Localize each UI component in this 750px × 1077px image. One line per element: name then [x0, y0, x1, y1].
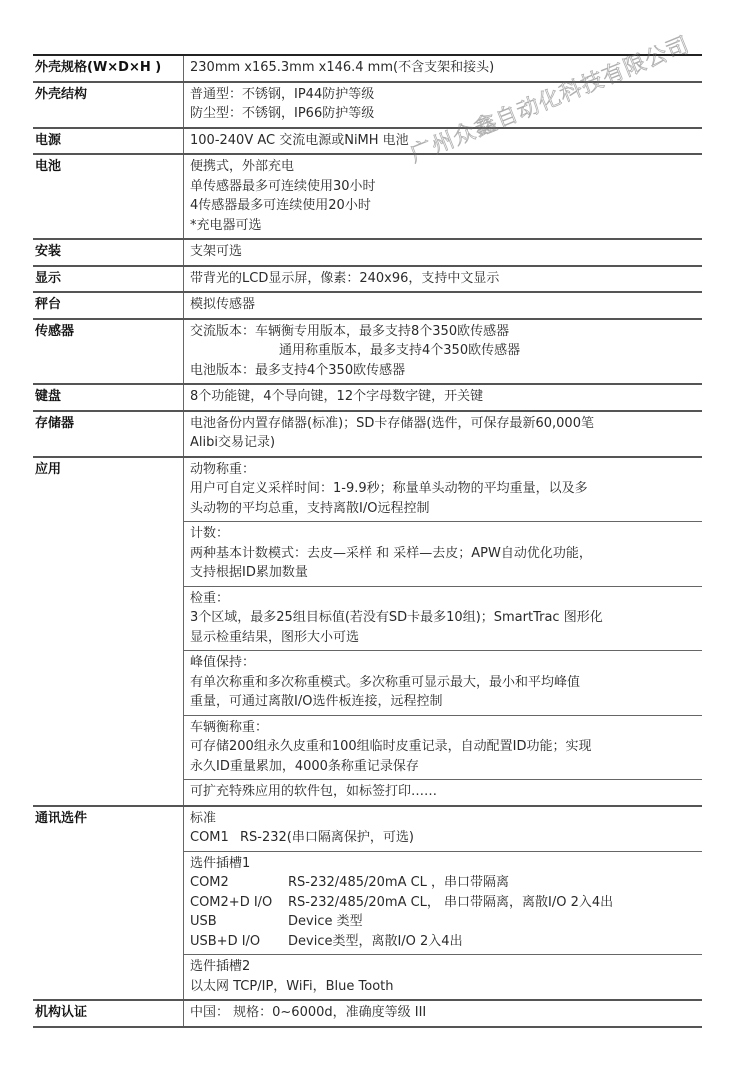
- text-line: 3个区域，最多25组目标值(若没有SD卡最多10组)；SmartTrac 图形化: [190, 608, 696, 628]
- port-name: USB+D I/O: [190, 932, 288, 952]
- text-line: 头动物的平均总重，支持离散I/O远程控制: [190, 499, 696, 519]
- text-line: 普通型：不锈钢，IP44防护等级: [190, 85, 696, 105]
- text-line: *充电器可选: [190, 216, 696, 236]
- comm-port-row: USB Device 类型: [190, 912, 696, 932]
- value-housing-size: 230mm x165.3mm x146.4 mm(不含支架和接头): [184, 55, 703, 82]
- row-storage: 存储器 电池备份内置存储器(标准)；SD卡存储器(选件，可保存最新60,000笔…: [33, 411, 702, 457]
- row-mounting: 安装 支架可选: [33, 239, 702, 266]
- comm-slot2: 选件插槽2 以太网 TCP/IP，WiFi，Blue Tooth: [184, 955, 703, 1001]
- comm-title: 标准: [190, 809, 696, 829]
- port-name: USB: [190, 912, 288, 932]
- text-line: 交流版本：车辆衡专用版本，最多支持8个350欧传感器: [190, 322, 696, 342]
- comm-title: 选件插槽1: [190, 854, 696, 874]
- comm-standard: 标准 COM1 RS-232(串口隔离保护，可选): [184, 806, 703, 852]
- port-desc: Device类型，离散I/O 2入4出: [288, 932, 463, 952]
- row-display: 显示 带背光的LCD显示屏，像素：240x96，支持中文显示: [33, 266, 702, 293]
- port-desc: RS-232/485/20mA CL， 串口带隔离，离散I/O 2入4出: [288, 893, 613, 913]
- port-name: COM2+D I/O: [190, 893, 288, 913]
- app-checkweighing: 检重： 3个区域，最多25组目标值(若没有SD卡最多10组)；SmartTrac…: [184, 586, 703, 651]
- comm-port-row: COM2 RS-232/485/20mA CL ，串口带隔离: [190, 873, 696, 893]
- value-sensor: 交流版本：车辆衡专用版本，最多支持8个350欧传感器 通用称重版本，最多支持4个…: [184, 319, 703, 385]
- comm-port-row: USB+D I/O Device类型，离散I/O 2入4出: [190, 932, 696, 952]
- label-sensor: 传感器: [33, 319, 184, 385]
- app-software-extension: 可扩充特殊应用的软件包，如标签打印……: [184, 780, 703, 806]
- app-title: 可扩充特殊应用的软件包，如标签打印……: [190, 782, 696, 802]
- row-housing-structure: 外壳结构 普通型：不锈钢，IP44防护等级 防尘型：不锈钢，IP66防护等级: [33, 82, 702, 128]
- text-line: 支持根据ID累加数量: [190, 563, 696, 583]
- text-line: Alibi交易记录): [190, 433, 696, 453]
- text-line: 重量，可通过离散I/O选件板连接，远程控制: [190, 692, 696, 712]
- spec-sheet: 外壳规格(W×D×H ) 230mm x165.3mm x146.4 mm(不含…: [33, 54, 702, 1028]
- value-platform: 模拟传感器: [184, 292, 703, 319]
- app-title: 车辆衡称重：: [190, 718, 696, 738]
- text-line: 可存储200组永久皮重和100组临时皮重记录，自动配置ID功能；实现: [190, 737, 696, 757]
- port-name: COM1: [190, 828, 240, 848]
- label-mounting: 安装: [33, 239, 184, 266]
- text-line: 以太网 TCP/IP，WiFi，Blue Tooth: [190, 977, 696, 997]
- row-battery: 电池 便携式，外部充电 单传感器最多可连续使用30小时 4传感器最多可连续使用2…: [33, 154, 702, 239]
- app-vehicle-weighing: 车辆衡称重： 可存储200组永久皮重和100组临时皮重记录，自动配置ID功能；实…: [184, 715, 703, 780]
- text-line: 电池备份内置存储器(标准)；SD卡存储器(选件，可保存最新60,000笔: [190, 414, 696, 434]
- row-comm-standard: 通讯选件 标准 COM1 RS-232(串口隔离保护，可选): [33, 806, 702, 852]
- label-housing-structure: 外壳结构: [33, 82, 184, 128]
- text-line: 防尘型：不锈钢，IP66防护等级: [190, 104, 696, 124]
- port-desc: RS-232/485/20mA CL ，串口带隔离: [288, 873, 509, 893]
- label-certification: 机构认证: [33, 1000, 184, 1027]
- port-name: COM2: [190, 873, 288, 893]
- text-line: 电池版本：最多支持4个350欧传感器: [190, 361, 696, 381]
- text-line: 两种基本计数模式：去皮—采样 和 采样—去皮；APW自动优化功能，: [190, 544, 696, 564]
- row-application-animal: 应用 动物称重： 用户可自定义采样时间：1-9.9秒；称量单头动物的平均重量，以…: [33, 457, 702, 522]
- text-line: 永久ID重量累加，4000条称重记录保存: [190, 757, 696, 777]
- label-battery: 电池: [33, 154, 184, 239]
- value-power: 100-240V AC 交流电源或NiMH 电池: [184, 128, 703, 155]
- value-certification: 中国： 规格：0~6000d，准确度等级 III: [184, 1000, 703, 1027]
- label-power: 电源: [33, 128, 184, 155]
- row-certification: 机构认证 中国： 规格：0~6000d，准确度等级 III: [33, 1000, 702, 1027]
- app-title: 动物称重：: [190, 460, 696, 480]
- row-power: 电源 100-240V AC 交流电源或NiMH 电池: [33, 128, 702, 155]
- value-storage: 电池备份内置存储器(标准)；SD卡存储器(选件，可保存最新60,000笔 Ali…: [184, 411, 703, 457]
- text-line: 通用称重版本，最多支持4个350欧传感器: [190, 341, 696, 361]
- label-display: 显示: [33, 266, 184, 293]
- text-line: 用户可自定义采样时间：1-9.9秒；称量单头动物的平均重量，以及多: [190, 479, 696, 499]
- label-communication: 通讯选件: [33, 806, 184, 1001]
- port-desc: Device 类型: [288, 912, 363, 932]
- spec-table: 外壳规格(W×D×H ) 230mm x165.3mm x146.4 mm(不含…: [33, 54, 702, 1028]
- label-storage: 存储器: [33, 411, 184, 457]
- label-applications: 应用: [33, 457, 184, 806]
- label-keyboard: 键盘: [33, 384, 184, 411]
- comm-port-row: COM1 RS-232(串口隔离保护，可选): [190, 828, 696, 848]
- comm-port-row: COM2+D I/O RS-232/485/20mA CL， 串口带隔离，离散I…: [190, 893, 696, 913]
- row-sensor: 传感器 交流版本：车辆衡专用版本，最多支持8个350欧传感器 通用称重版本，最多…: [33, 319, 702, 385]
- value-display: 带背光的LCD显示屏，像素：240x96，支持中文显示: [184, 266, 703, 293]
- row-keyboard: 键盘 8个功能键，4个导向键，12个字母数字键，开关键: [33, 384, 702, 411]
- comm-slot1: 选件插槽1 COM2 RS-232/485/20mA CL ，串口带隔离 COM…: [184, 851, 703, 955]
- text-line: 便携式，外部充电: [190, 157, 696, 177]
- app-animal-weighing: 动物称重： 用户可自定义采样时间：1-9.9秒；称量单头动物的平均重量，以及多 …: [184, 457, 703, 522]
- comm-title: 选件插槽2: [190, 957, 696, 977]
- app-counting: 计数： 两种基本计数模式：去皮—采样 和 采样—去皮；APW自动优化功能， 支持…: [184, 522, 703, 587]
- text-line: 4传感器最多可连续使用20小时: [190, 196, 696, 216]
- text-line: 单传感器最多可连续使用30小时: [190, 177, 696, 197]
- app-title: 峰值保持：: [190, 653, 696, 673]
- row-housing-size: 外壳规格(W×D×H ) 230mm x165.3mm x146.4 mm(不含…: [33, 55, 702, 82]
- text-line: 显示检重结果，图形大小可选: [190, 628, 696, 648]
- app-title: 计数：: [190, 524, 696, 544]
- label-housing-size: 外壳规格(W×D×H ): [33, 55, 184, 82]
- port-desc: RS-232(串口隔离保护，可选): [240, 828, 414, 848]
- app-title: 检重：: [190, 589, 696, 609]
- value-mounting: 支架可选: [184, 239, 703, 266]
- label-platform: 秤台: [33, 292, 184, 319]
- text-line: 有单次称重和多次称重模式。多次称重可显示最大，最小和平均峰值: [190, 673, 696, 693]
- row-platform: 秤台 模拟传感器: [33, 292, 702, 319]
- app-peak-hold: 峰值保持： 有单次称重和多次称重模式。多次称重可显示最大，最小和平均峰值 重量，…: [184, 651, 703, 716]
- value-battery: 便携式，外部充电 单传感器最多可连续使用30小时 4传感器最多可连续使用20小时…: [184, 154, 703, 239]
- value-housing-structure: 普通型：不锈钢，IP44防护等级 防尘型：不锈钢，IP66防护等级: [184, 82, 703, 128]
- value-keyboard: 8个功能键，4个导向键，12个字母数字键，开关键: [184, 384, 703, 411]
